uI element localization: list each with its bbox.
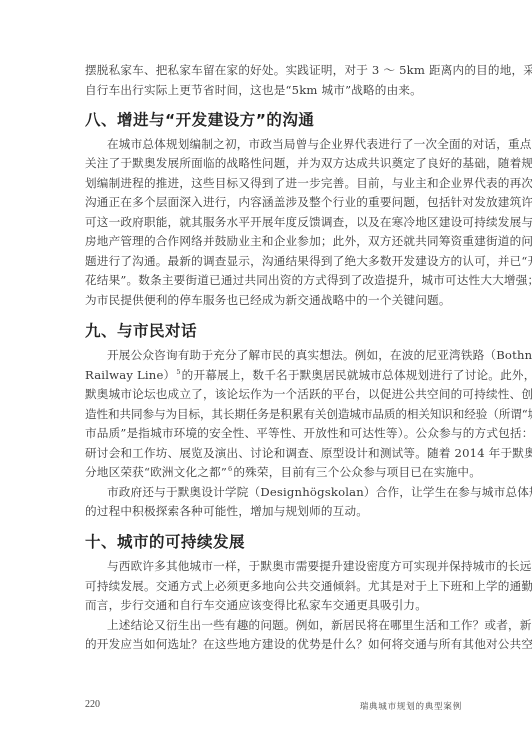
body-text-line: 市品质”是指城市环境的安全性、平等性、开放性和可达性等）。公众参与的方式包括： (85, 425, 463, 441)
section-heading-9: 九、与市民对话 (85, 319, 197, 341)
body-text-line: 在城市总体规划编制之初，市政当局曾与企业界代表进行了一次全面的对话，重点 (107, 136, 463, 152)
body-text-line: 造性和共同参与为目标，其长期任务是积累有关创造城市品质的相关知识和经验（所谓“城 (85, 406, 463, 422)
body-text-line: 开展公众咨询有助于充分了解市民的真实想法。例如，在波的尼亚湾铁路（Bothnia (107, 347, 463, 363)
body-text-line: 为市民提供便利的停车服务也已经成为新交通战略中的一个关键问题。 (85, 292, 463, 308)
section-heading-8: 八、增进与“开发建设方”的沟通 (85, 108, 314, 130)
body-text-fragment: 分地区荣获“欧洲文化之都” (85, 465, 227, 479)
body-text-line: 房地产管理的合作网络并鼓励业主和企业参加；此外，双方还就共同筹资重建街道的问 (85, 233, 463, 249)
footnote-marker-5[interactable]: 5 (176, 368, 180, 376)
section-heading-10: 十、城市的可持续发展 (85, 530, 245, 552)
body-text-line: Railway Line）5的开幕展上，数千名于默奥居民就城市总体规划进行了讨论… (85, 367, 463, 383)
body-text-line: 分地区荣获“欧洲文化之都”6的殊荣，目前有三个公众参与项目已在实施中。 (85, 464, 463, 480)
body-text-line: 而言，步行交通和自行车交通应该变得比私家车交通更具吸引力。 (85, 597, 463, 613)
body-text-line: 默奥城市论坛也成立了，该论坛作为一个活跃的平台，以促进公共空间的可持续性、创 (85, 386, 463, 402)
body-text-line: 市政府还与于默奥设计学院（Designhögskolan）合作，让学生在参与城市… (107, 484, 463, 500)
body-text-line: 沟通正在多个层面深入进行，内容涵盖涉及整个行业的重要问题，包括针对发放建筑许 (85, 194, 463, 210)
running-footer-title: 瑞典城市规划的典型案例 (360, 700, 462, 712)
body-text-fragment: 的殊荣，目前有三个公众参与项目已在实施中。 (233, 465, 481, 479)
body-text-line: 的过程中积极探索各种可能性，增加与规划师的互动。 (85, 503, 463, 519)
body-text-line: 可持续发展。交通方式上必须更多地向公共交通倾斜。尤其是对于上下班和上学的通勤 (85, 578, 463, 594)
body-text-line: 花结果”。数条主要街道已通过共同出资的方式得到了改造提升，城市可达性大大增强； (85, 272, 463, 288)
body-text-line: 划编制进程的推进，这些目标又得到了进一步完善。目前，与业主和企业界代表的再次 (85, 175, 463, 191)
body-text-line: 与西欧许多其他城市一样，于默奥市需要提升建设密度方可实现并保持城市的长远 (107, 558, 463, 574)
body-text-line: 上述结论又衍生出一些有趣的问题。例如，新居民将在哪里生活和工作？或者，新 (107, 617, 463, 633)
document-page: 摆脱私家车、把私家车留在家的好处。实践证明，对于 3 ～ 5km 距离内的目的地… (0, 0, 532, 750)
body-text-line: 自行车出行实际上更节省时间，这也是“5km 城市”战略的由来。 (85, 82, 463, 98)
footnote-marker-6[interactable]: 6 (228, 465, 232, 473)
body-text-line: 的开发应当如何选址？在这些地方建设的优势是什么？如何将交通与所有其他对公共空 (85, 636, 463, 652)
body-text-line: 摆脱私家车、把私家车留在家的好处。实践证明，对于 3 ～ 5km 距离内的目的地… (85, 62, 463, 78)
body-text-line: 研讨会和工作坊、展览及演出、讨论和调查、原型设计和测试等。随着 2014 年于默… (85, 445, 463, 461)
body-text-fragment: Railway Line） (85, 368, 175, 382)
body-text-line: 题进行了沟通。最新的调查显示，沟通结果得到了绝大多数开发建设方的认可，并已“开 (85, 253, 463, 269)
page-number: 220 (85, 699, 100, 710)
body-text-line: 关注了于默奥发展所面临的战略性问题，并为双方达成共识奠定了良好的基础，随着规 (85, 155, 463, 171)
body-text-fragment: 的开幕展上，数千名于默奥居民就城市总体规划进行了讨论。此外，于 (182, 368, 532, 382)
body-text-line: 可这一政府职能，就其服务水平开展年度反馈调查，以及在寒冷地区建设可持续发展与 (85, 214, 463, 230)
